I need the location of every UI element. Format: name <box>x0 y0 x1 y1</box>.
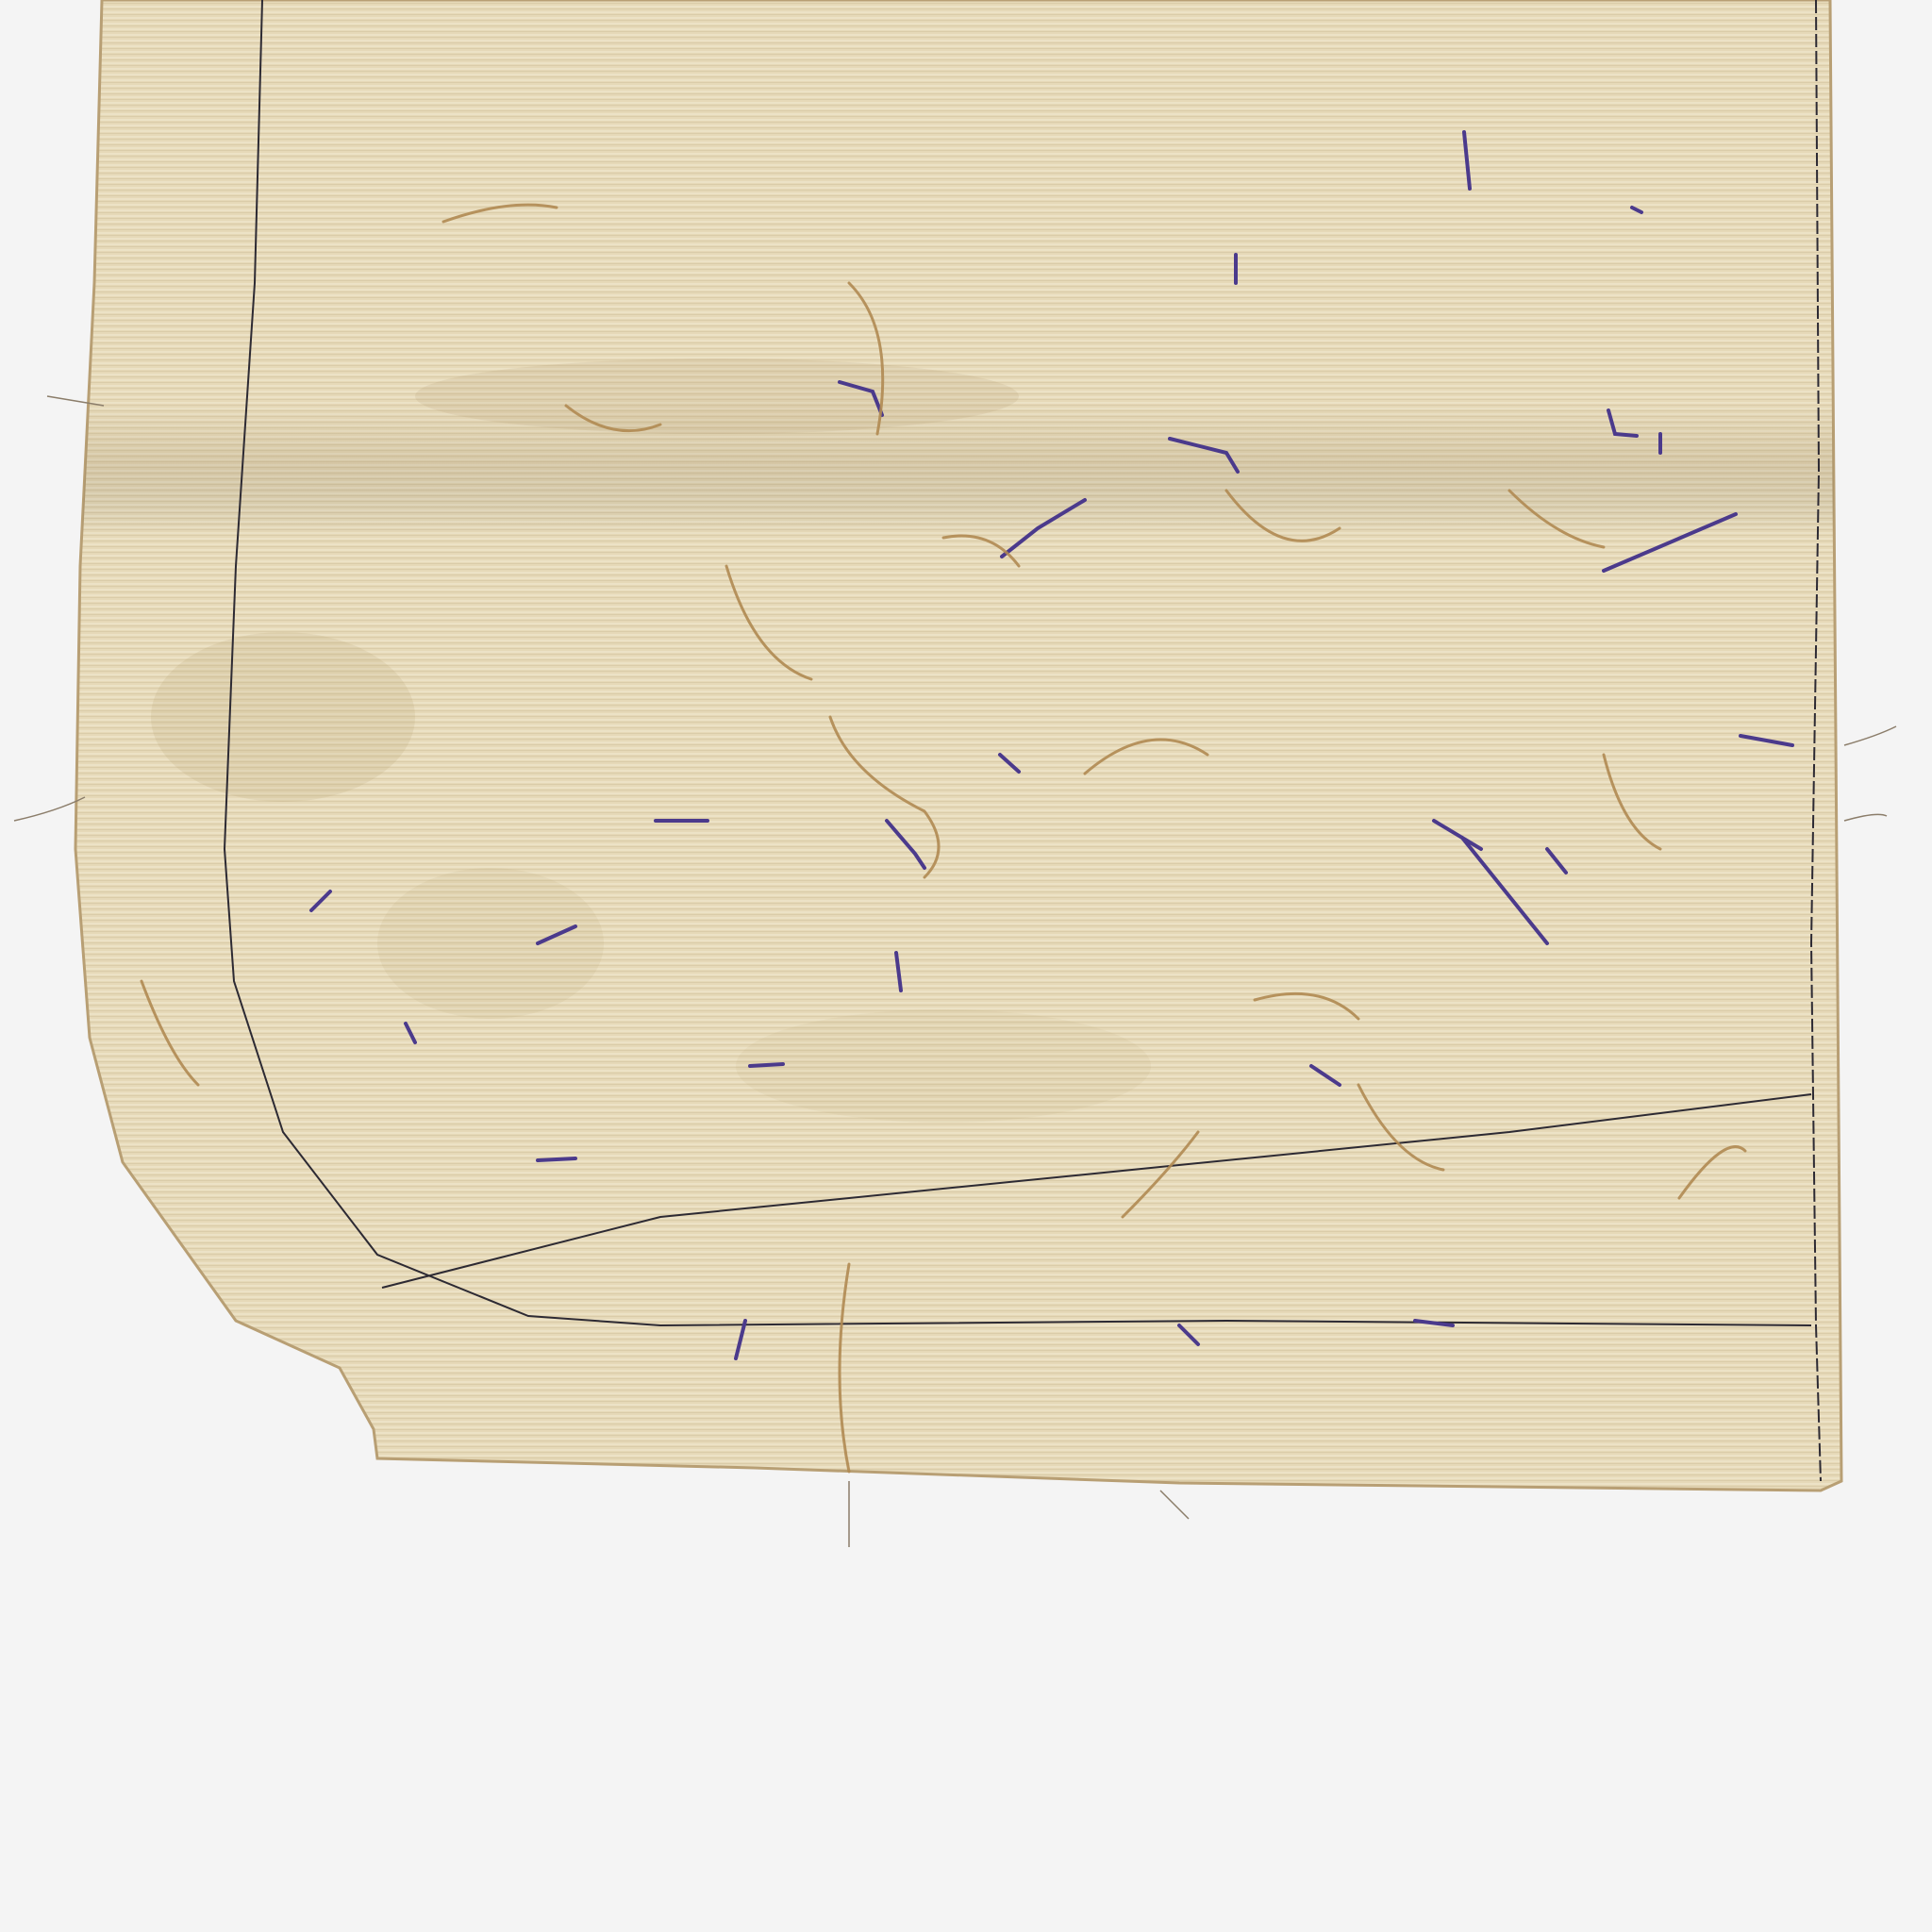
cloth <box>75 0 1841 1491</box>
textile-illustration <box>0 0 1932 1932</box>
textile-photo <box>0 0 1932 1932</box>
